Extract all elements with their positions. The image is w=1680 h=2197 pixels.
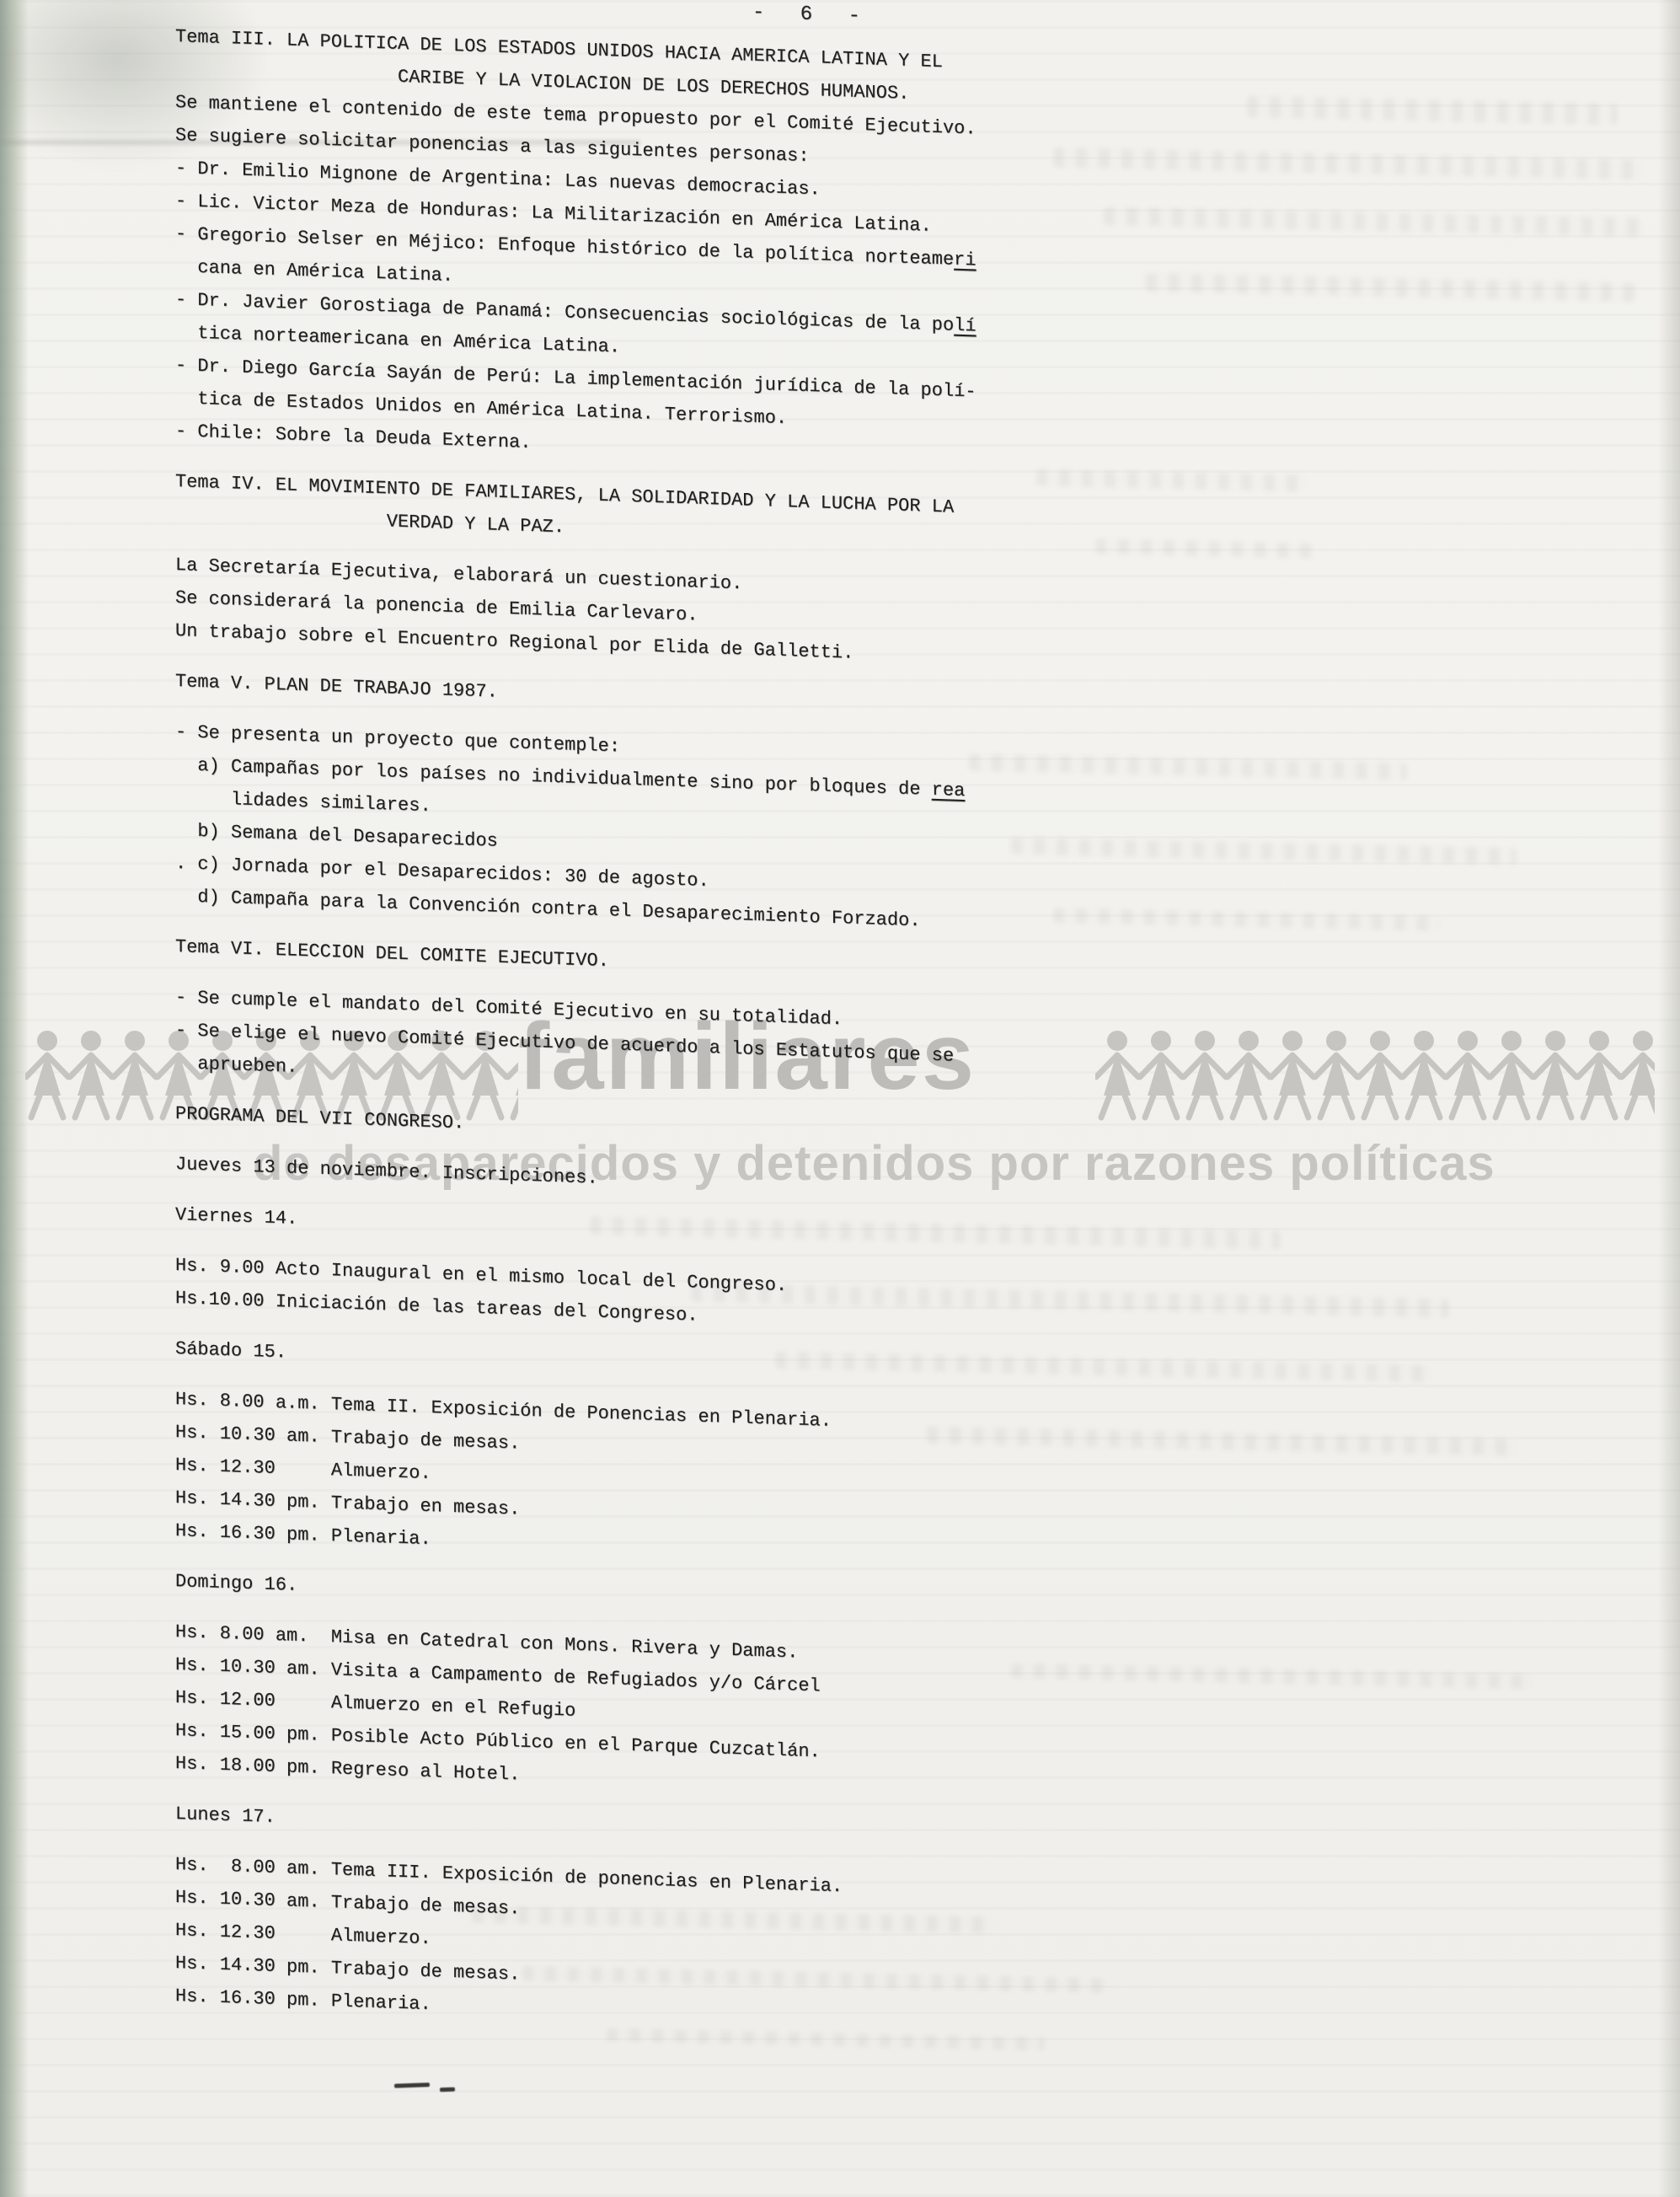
typed-lines: Tema III. LA POLITICA DE LOS ESTADOS UNI… [175, 20, 1490, 2056]
pen-mark [394, 2082, 430, 2087]
pen-mark [440, 2087, 455, 2093]
page-right-edge-shadow [1658, 0, 1680, 2197]
scanned-document-page: familiares de desaparecidos y detenidos … [0, 0, 1680, 2197]
page-left-edge-shadow [0, 0, 29, 2197]
page-number: - 6 - [752, 2, 872, 29]
